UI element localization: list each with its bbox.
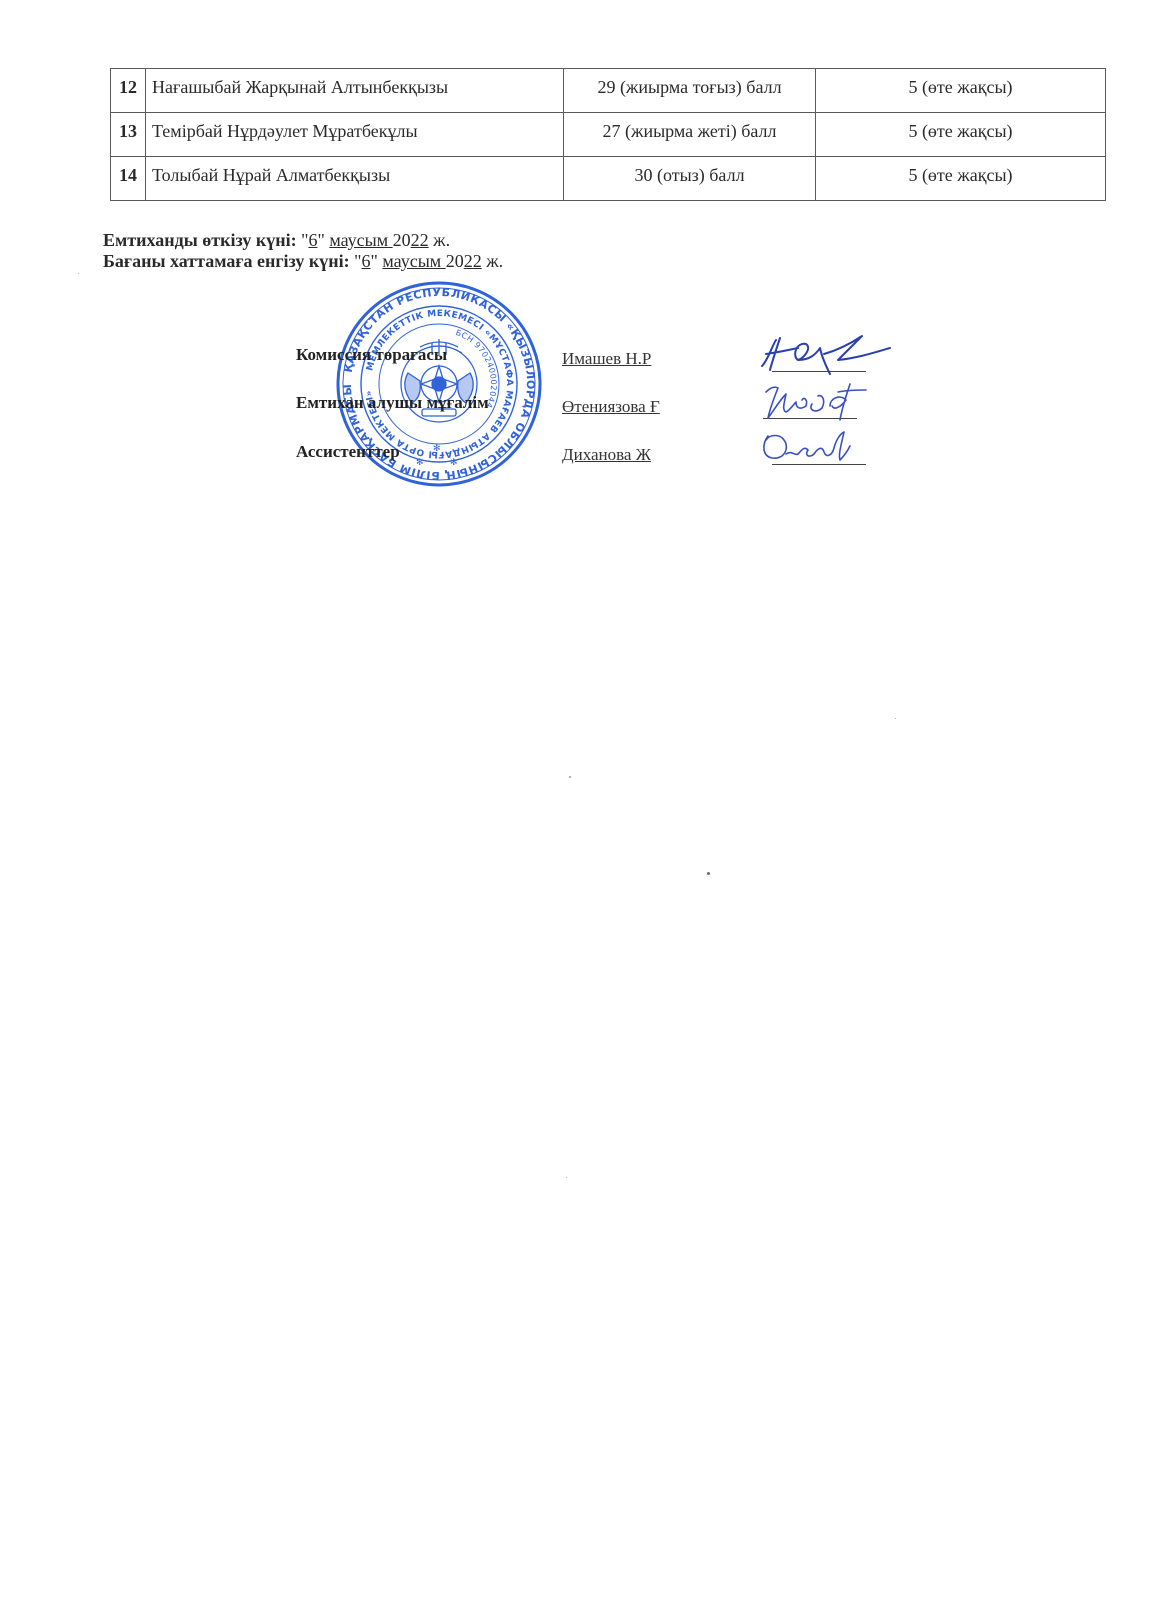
person-assistants: Диханова Ж (562, 445, 651, 465)
scan-speck (569, 776, 571, 778)
person-commission-chair: Имашев Н.Р (562, 349, 651, 369)
scan-speck (566, 1177, 567, 1178)
svg-text:✻: ✻ (416, 458, 424, 468)
role-commission-chair: Комиссия төрағасы (296, 345, 447, 365)
signature-chair-icon (758, 330, 898, 378)
signature-assistant-icon (758, 426, 858, 468)
svg-text:✻: ✻ (433, 444, 441, 454)
svg-text:✻: ✻ (450, 458, 458, 468)
person-examiner: Өтениязова Ғ (562, 397, 660, 417)
scan-speck (78, 273, 79, 274)
signature-examiner-icon (760, 380, 870, 424)
scan-speck (707, 872, 710, 875)
role-assistants: Ассистенттер (296, 442, 400, 462)
scan-speck (895, 718, 896, 719)
role-examiner: Емтихан алушы мұғалім (296, 393, 489, 413)
signature-block: ҚАЗАҚСТАН РЕСПУБЛИКАСЫ «ҚЫЗЫЛОРДА ОБЛЫСЫ… (0, 0, 1163, 520)
